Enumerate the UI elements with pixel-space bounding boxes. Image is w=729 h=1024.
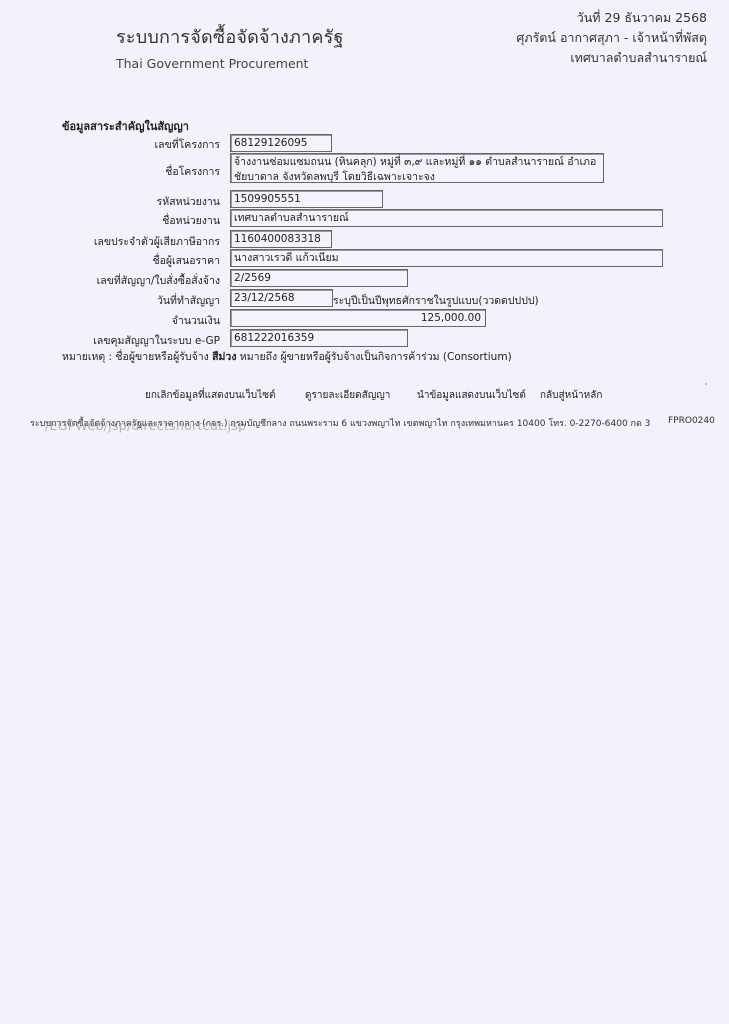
agency-name-label: ชื่อหน่วยงาน bbox=[60, 212, 220, 229]
section-title: ข้อมูลสาระสำคัญในสัญญา bbox=[62, 117, 189, 135]
footer-url: /EGPWeb/jsp/directshortcut.jsp bbox=[45, 418, 246, 433]
egp-no-field[interactable]: 681222016359 bbox=[230, 329, 408, 347]
page-code: FPRO0240 bbox=[668, 416, 715, 426]
header-user-info: วันที่ 29 ธันวาคม 2568 ศุภรัตน์ อากาศสุภ… bbox=[516, 8, 707, 68]
purple-highlight-text: สีม่วง bbox=[212, 351, 236, 363]
consortium-note: หมายเหตุ : ชื่อผู้ขายหรือผู้รับจ้าง สีม่… bbox=[62, 348, 512, 365]
contract-date-field[interactable]: 23/12/2568 bbox=[230, 289, 333, 307]
publish-to-website-link[interactable]: นำข้อมูลแสดงบนเว็บไซต์ bbox=[417, 388, 526, 403]
tax-id-field[interactable]: 1160400083318 bbox=[230, 230, 332, 248]
cancel-website-display-link[interactable]: ยกเลิกข้อมูลที่แสดงบนเว็บไซต์ bbox=[145, 388, 275, 403]
contract-no-field[interactable]: 2/2569 bbox=[230, 269, 408, 287]
contract-date-label: วันที่ทำสัญญา bbox=[60, 292, 220, 309]
bidder-name-label: ชื่อผู้เสนอราคา bbox=[60, 252, 220, 269]
scan-speck bbox=[705, 383, 707, 385]
system-title-english: Thai Government Procurement bbox=[116, 56, 308, 71]
bidder-name-field[interactable]: นางสาวเรวดี แก้วเนียม bbox=[230, 249, 663, 267]
agency-code-field[interactable]: 1509905551 bbox=[230, 190, 383, 208]
project-no-label: เลขที่โครงการ bbox=[60, 136, 220, 153]
back-to-home-link[interactable]: กลับสู่หน้าหลัก bbox=[540, 388, 602, 403]
header-date: วันที่ 29 ธันวาคม 2568 bbox=[516, 8, 707, 28]
egp-no-label: เลขคุมสัญญาในระบบ e-GP bbox=[60, 332, 220, 349]
system-title-thai: ระบบการจัดซื้อจัดจ้างภาครัฐ bbox=[116, 22, 344, 51]
project-no-field[interactable]: 68129126095 bbox=[230, 134, 332, 152]
agency-name-field[interactable]: เทศบาลตำบลสำนารายณ์ bbox=[230, 209, 663, 227]
project-name-label: ชื่อโครงการ bbox=[60, 163, 220, 180]
header-user: ศุภรัตน์ อากาศสุภา - เจ้าหน้าที่พัสดุ bbox=[516, 28, 707, 48]
contract-no-label: เลขที่สัญญา/ใบสั่งซื้อสั่งจ้าง bbox=[60, 272, 220, 289]
amount-field[interactable]: 125,000.00 bbox=[230, 309, 486, 327]
tax-id-label: เลขประจำตัวผู้เสียภาษีอากร bbox=[60, 233, 220, 250]
amount-label: จำนวนเงิน bbox=[60, 312, 220, 329]
header-org: เทศบาลตำบลสำนารายณ์ bbox=[516, 48, 707, 68]
view-contract-details-link[interactable]: ดูรายละเอียดสัญญา bbox=[305, 388, 390, 403]
contract-date-hint: ระบุปีเป็นปีพุทธศักราชในรูปแบบ(ววดดปปปป) bbox=[333, 292, 539, 309]
agency-code-label: รหัสหน่วยงาน bbox=[60, 193, 220, 210]
project-name-field[interactable]: จ้างงานซ่อมแซมถนน (หินคลุก) หมู่ที่ ๓,๙ … bbox=[230, 153, 604, 183]
